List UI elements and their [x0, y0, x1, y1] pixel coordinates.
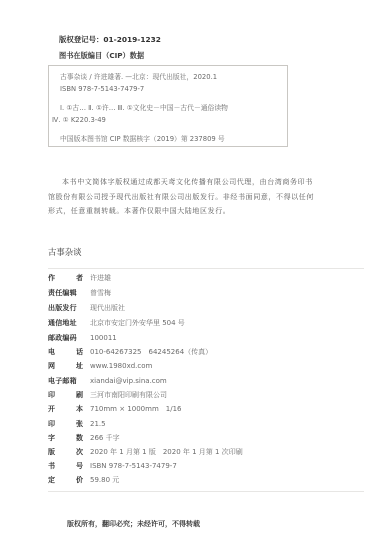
info-label: 字数: [48, 432, 84, 444]
info-row-address: 通信地址北京市安定门外安华里 504 号: [48, 317, 185, 329]
info-value: 2020 年 1 月第 1 版 2020 年 1 月第 1 次印刷: [90, 446, 243, 458]
cip-title-line: 古事杂谈 / 许进雄著. —北京：现代出版社，2020.1: [60, 71, 217, 81]
info-label: 电子邮箱: [48, 375, 84, 387]
info-label: 开本: [48, 403, 84, 415]
info-label: 网址: [48, 360, 84, 372]
info-value: 三河市南阳印刷有限公司: [90, 389, 167, 401]
rights-reserved-statement: 版权所有，翻印必究；未经许可，不得转载: [67, 519, 200, 529]
info-value: 59.80 元: [90, 474, 119, 486]
info-row-author: 作者许进雄: [48, 272, 111, 284]
info-row-edition: 版次2020 年 1 月第 1 版 2020 年 1 月第 1 次印刷: [48, 446, 243, 458]
info-label: 作者: [48, 272, 84, 284]
info-value: 100011: [90, 332, 117, 344]
info-row-printer: 印刷三河市南阳印刷有限公司: [48, 389, 167, 401]
info-value: 北京市安定门外安华里 504 号: [90, 317, 185, 329]
info-value: 010-64267325 64245264（传真）: [90, 346, 212, 358]
info-row-postcode: 邮政编码100011: [48, 332, 117, 344]
info-row-publisher: 出版发行现代出版社: [48, 302, 125, 314]
book-title: 古事杂谈: [48, 246, 82, 258]
info-row-isbn: 书号ISBN 978-7-5143-7479-7: [48, 460, 177, 472]
info-value: ISBN 978-7-5143-7479-7: [90, 460, 177, 472]
cip-heading: 图书在版编目（CIP）数据: [59, 51, 144, 61]
info-value[interactable]: www.1980xd.com: [90, 360, 152, 372]
copyright-notice: 本书中文简体字版权通过成都天鸢文化传播有限公司代理，由台湾商务印书馆股份有限公司…: [48, 175, 320, 219]
info-label: 电话: [48, 346, 84, 358]
info-label: 印刷: [48, 389, 84, 401]
divider-bottom: [48, 491, 364, 492]
cip-classification-line: Ⅰ. ①古… Ⅱ. ①许… Ⅲ. ①文化史－中国－古代－通俗读物: [60, 102, 228, 112]
info-label: 版次: [48, 446, 84, 458]
info-row-website: 网址www.1980xd.com: [48, 360, 152, 372]
info-value: 710mm × 1000mm 1/16: [90, 403, 182, 415]
info-row-word-count: 字数266 千字: [48, 432, 120, 444]
info-row-email: 电子邮箱xiandai@vip.sina.com: [48, 375, 167, 387]
info-value: 许进雄: [90, 272, 111, 284]
divider-top: [48, 268, 364, 269]
info-label: 责任编辑: [48, 287, 84, 299]
cip-isbn-line: ISBN 978-7-5143-7479-7: [60, 85, 144, 93]
info-label: 定价: [48, 474, 84, 486]
info-value: 266 千字: [90, 432, 120, 444]
info-label: 通信地址: [48, 317, 84, 329]
info-row-phone: 电话010-64267325 64245264（传真）: [48, 346, 212, 358]
cip-class-number-line: Ⅳ. ① K220.3-49: [52, 116, 106, 124]
info-value: 21.5: [90, 418, 106, 430]
info-value: 曾雪梅: [90, 287, 111, 299]
cip-record-number-line: 中国版本图书馆 CIP 数据核字（2019）第 237809 号: [60, 133, 225, 143]
info-value: 现代出版社: [90, 302, 125, 314]
info-label: 邮政编码: [48, 332, 84, 344]
info-value[interactable]: xiandai@vip.sina.com: [90, 375, 167, 387]
info-label: 出版发行: [48, 302, 84, 314]
info-row-price: 定价59.80 元: [48, 474, 119, 486]
info-row-editor: 责任编辑曾雪梅: [48, 287, 111, 299]
info-label: 印张: [48, 418, 84, 430]
cip-data-box: 古事杂谈 / 许进雄著. —北京：现代出版社，2020.1 ISBN 978-7…: [48, 65, 288, 147]
info-row-format: 开本710mm × 1000mm 1/16: [48, 403, 182, 415]
info-row-sheets: 印张21.5: [48, 418, 106, 430]
copyright-registration-number: 版权登记号：01-2019-1232: [59, 34, 161, 45]
info-label: 书号: [48, 460, 84, 472]
